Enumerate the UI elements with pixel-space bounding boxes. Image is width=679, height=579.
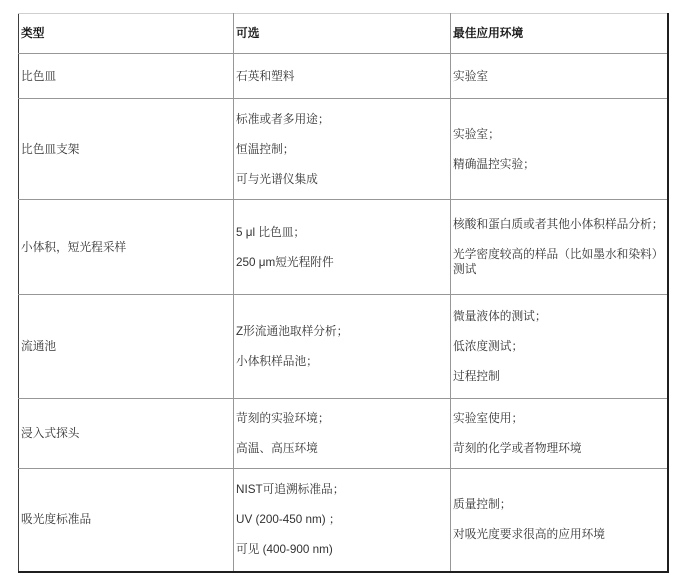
cell-paragraph: 标准或者多用途； bbox=[236, 112, 449, 127]
table-row: 比色皿 石英和塑料 实验室 bbox=[19, 54, 668, 99]
column-header-options: 可选 bbox=[234, 14, 451, 54]
cell-environment: 实验室； 精确温控实验； bbox=[451, 99, 668, 200]
table-row: 浸入式探头 苛刻的实验环境； 高温、高压环境 实验室使用； 苛刻的化学或者物理环… bbox=[19, 399, 668, 469]
cell-options: 5 μl 比色皿； 250 μm短光程附件 bbox=[234, 200, 451, 295]
column-header-type: 类型 bbox=[19, 14, 234, 54]
cell-paragraph: 吸光度标准品 bbox=[21, 512, 232, 527]
cell-options: 石英和塑料 bbox=[234, 54, 451, 99]
cell-paragraph: 5 μl 比色皿； bbox=[236, 225, 449, 240]
cell-environment: 微量液体的测试； 低浓度测试； 过程控制 bbox=[451, 295, 668, 399]
cell-paragraph: 实验室 bbox=[453, 69, 666, 84]
cell-paragraph: 小体积样品池； bbox=[236, 354, 449, 369]
cell-paragraph: 实验室使用； bbox=[453, 411, 666, 426]
column-header-environment: 最佳应用环境 bbox=[451, 14, 668, 54]
cell-paragraph: 实验室； bbox=[453, 127, 666, 142]
cell-type: 小体积，短光程采样 bbox=[19, 200, 234, 295]
cell-paragraph: UV (200-450 nm) ； bbox=[236, 512, 449, 527]
cell-type: 浸入式探头 bbox=[19, 399, 234, 469]
table-row: 小体积，短光程采样 5 μl 比色皿； 250 μm短光程附件 核酸和蛋白质或者… bbox=[19, 200, 668, 295]
cell-paragraph: 小体积，短光程采样 bbox=[21, 240, 232, 255]
table-header-row: 类型 可选 最佳应用环境 bbox=[19, 14, 668, 54]
cell-paragraph: NIST可追溯标准品； bbox=[236, 482, 449, 497]
cell-paragraph: 低浓度测试； bbox=[453, 339, 666, 354]
cell-environment: 核酸和蛋白质或者其他小体积样品分析； 光学密度较高的样品（比如墨水和染料）测试 bbox=[451, 200, 668, 295]
cell-paragraph: 核酸和蛋白质或者其他小体积样品分析； bbox=[453, 217, 666, 232]
cell-paragraph: 质量控制； bbox=[453, 497, 666, 512]
cell-paragraph: 流通池 bbox=[21, 339, 232, 354]
cell-paragraph: 比色皿支架 bbox=[21, 142, 232, 157]
table-row: 流通池 Z形流通池取样分析； 小体积样品池； 微量液体的测试； 低浓度测试； 过… bbox=[19, 295, 668, 399]
page: 类型 可选 最佳应用环境 比色皿 石英和塑料 实验室 比色皿支架 标准或者多用途… bbox=[0, 0, 679, 579]
cell-options: Z形流通池取样分析； 小体积样品池； bbox=[234, 295, 451, 399]
table-row: 吸光度标准品 NIST可追溯标准品； UV (200-450 nm) ； 可见 … bbox=[19, 469, 668, 572]
cell-paragraph: 苛刻的化学或者物理环境 bbox=[453, 441, 666, 456]
cell-options: NIST可追溯标准品； UV (200-450 nm) ； 可见 (400-90… bbox=[234, 469, 451, 572]
cell-paragraph: 恒温控制； bbox=[236, 142, 449, 157]
cell-paragraph: 对吸光度要求很高的应用环境 bbox=[453, 527, 666, 542]
cell-paragraph: 光学密度较高的样品（比如墨水和染料）测试 bbox=[453, 247, 666, 277]
cell-options: 苛刻的实验环境； 高温、高压环境 bbox=[234, 399, 451, 469]
cell-paragraph: 250 μm短光程附件 bbox=[236, 255, 449, 270]
cell-type: 比色皿支架 bbox=[19, 99, 234, 200]
cell-type: 流通池 bbox=[19, 295, 234, 399]
cell-paragraph: 微量液体的测试； bbox=[453, 309, 666, 324]
cell-paragraph: 高温、高压环境 bbox=[236, 441, 449, 456]
cell-options: 标准或者多用途； 恒温控制； 可与光谱仪集成 bbox=[234, 99, 451, 200]
table-row: 比色皿支架 标准或者多用途； 恒温控制； 可与光谱仪集成 实验室； 精确温控实验… bbox=[19, 99, 668, 200]
cell-paragraph: 精确温控实验； bbox=[453, 157, 666, 172]
accessories-comparison-table: 类型 可选 最佳应用环境 比色皿 石英和塑料 实验室 比色皿支架 标准或者多用途… bbox=[18, 13, 669, 573]
cell-paragraph: 浸入式探头 bbox=[21, 426, 232, 441]
cell-environment: 实验室 bbox=[451, 54, 668, 99]
cell-paragraph: Z形流通池取样分析； bbox=[236, 324, 449, 339]
cell-environment: 质量控制； 对吸光度要求很高的应用环境 bbox=[451, 469, 668, 572]
cell-paragraph: 过程控制 bbox=[453, 369, 666, 384]
cell-type: 比色皿 bbox=[19, 54, 234, 99]
cell-environment: 实验室使用； 苛刻的化学或者物理环境 bbox=[451, 399, 668, 469]
cell-paragraph: 石英和塑料 bbox=[236, 69, 449, 84]
cell-paragraph: 可见 (400-900 nm) bbox=[236, 542, 449, 557]
cell-type: 吸光度标准品 bbox=[19, 469, 234, 572]
cell-paragraph: 比色皿 bbox=[21, 69, 232, 84]
cell-paragraph: 苛刻的实验环境； bbox=[236, 411, 449, 426]
cell-paragraph: 可与光谱仪集成 bbox=[236, 172, 449, 187]
